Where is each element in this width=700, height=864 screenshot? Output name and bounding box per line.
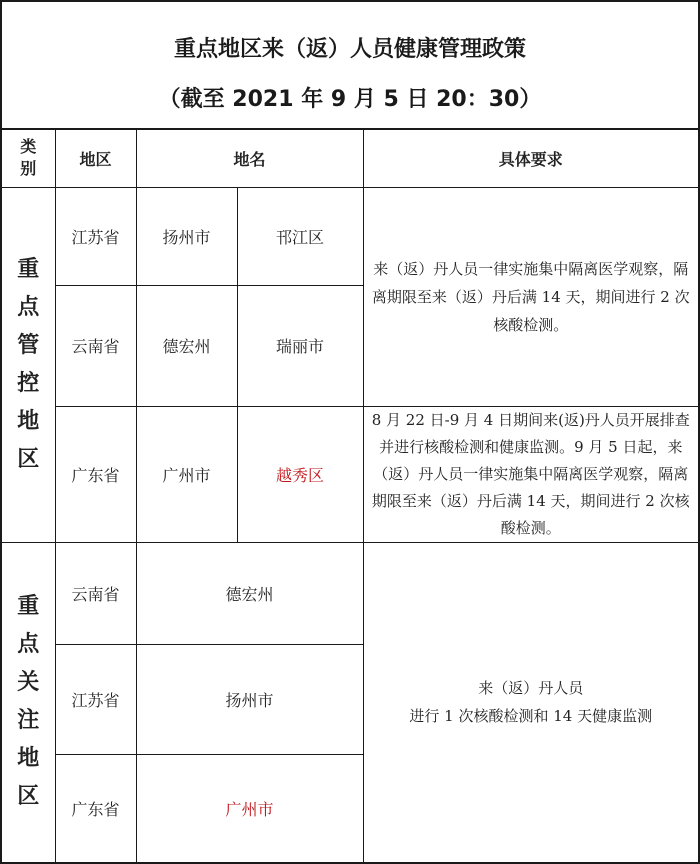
province-cell: 云南省: [55, 285, 136, 406]
category-char: 管: [2, 335, 55, 357]
document-subtitle: （截至 2021 年 9 月 5 日 20：30）: [2, 82, 698, 113]
category-char: 点: [2, 634, 55, 656]
place-cell: 扬州市: [136, 644, 363, 754]
category-char: 关: [2, 672, 55, 694]
table-row: 重 点 关 注 地 区 云南省 德宏州 来（返）丹人员 进行 1 次核酸检测和 …: [2, 542, 698, 644]
province-cell: 江苏省: [55, 644, 136, 754]
requirement-line: 来（返）丹人员: [370, 674, 693, 702]
province-cell: 广东省: [55, 406, 136, 542]
header-category-char: 类: [2, 136, 55, 158]
table-row: 广东省 广州市 越秀区 8 月 22 日-9 月 4 日期间来(返)丹人员开展排…: [2, 406, 698, 542]
table-row: 重 点 管 控 地 区 江苏省 扬州市 邗江区 来（返）丹人员一律实施集中隔离医…: [2, 187, 698, 285]
city-cell: 扬州市: [136, 187, 237, 285]
category-char: 区: [2, 449, 55, 471]
category-char: 地: [2, 748, 55, 770]
title-box: 重点地区来（返）人员健康管理政策 （截至 2021 年 9 月 5 日 20：3…: [2, 2, 698, 130]
category-char: 重: [2, 596, 55, 618]
place-cell: 德宏州: [136, 542, 363, 644]
category-char: 注: [2, 710, 55, 732]
header-category: 类 别: [2, 130, 55, 187]
requirement-cell: 来（返）丹人员 进行 1 次核酸检测和 14 天健康监测: [363, 542, 698, 862]
requirement-cell: 来（返）丹人员一律实施集中隔离医学观察，隔离期限至来（返）丹后满 14 天，期间…: [363, 187, 698, 406]
requirement-cell: 8 月 22 日-9 月 4 日期间来(返)丹人员开展排查并进行核酸检测和健康监…: [363, 406, 698, 542]
category-char: 区: [2, 786, 55, 808]
policy-document: 重点地区来（返）人员健康管理政策 （截至 2021 年 9 月 5 日 20：3…: [0, 0, 700, 864]
header-region: 地区: [55, 130, 136, 187]
header-requirement: 具体要求: [363, 130, 698, 187]
city-cell: 广州市: [136, 406, 237, 542]
requirement-line: 进行 1 次核酸检测和 14 天健康监测: [370, 702, 693, 730]
city-cell: 德宏州: [136, 285, 237, 406]
header-place: 地名: [136, 130, 363, 187]
province-cell: 云南省: [55, 542, 136, 644]
district-cell: 邗江区: [237, 187, 363, 285]
province-cell: 江苏省: [55, 187, 136, 285]
category-key-attention: 重 点 关 注 地 区: [2, 542, 55, 862]
category-char: 重: [2, 259, 55, 281]
province-cell: 广东省: [55, 754, 136, 862]
district-cell-highlighted: 越秀区: [237, 406, 363, 542]
category-char: 点: [2, 297, 55, 319]
header-category-char: 别: [2, 158, 55, 180]
policy-table: 类 别 地区 地名 具体要求 重 点 管 控 地 区 江苏省 扬州市 邗江区 来…: [2, 130, 698, 863]
header-row: 类 别 地区 地名 具体要求: [2, 130, 698, 187]
category-char: 地: [2, 411, 55, 433]
place-cell-highlighted: 广州市: [136, 754, 363, 862]
district-cell: 瑞丽市: [237, 285, 363, 406]
document-title: 重点地区来（返）人员健康管理政策: [2, 32, 698, 63]
category-char: 控: [2, 373, 55, 395]
category-key-control: 重 点 管 控 地 区: [2, 187, 55, 542]
